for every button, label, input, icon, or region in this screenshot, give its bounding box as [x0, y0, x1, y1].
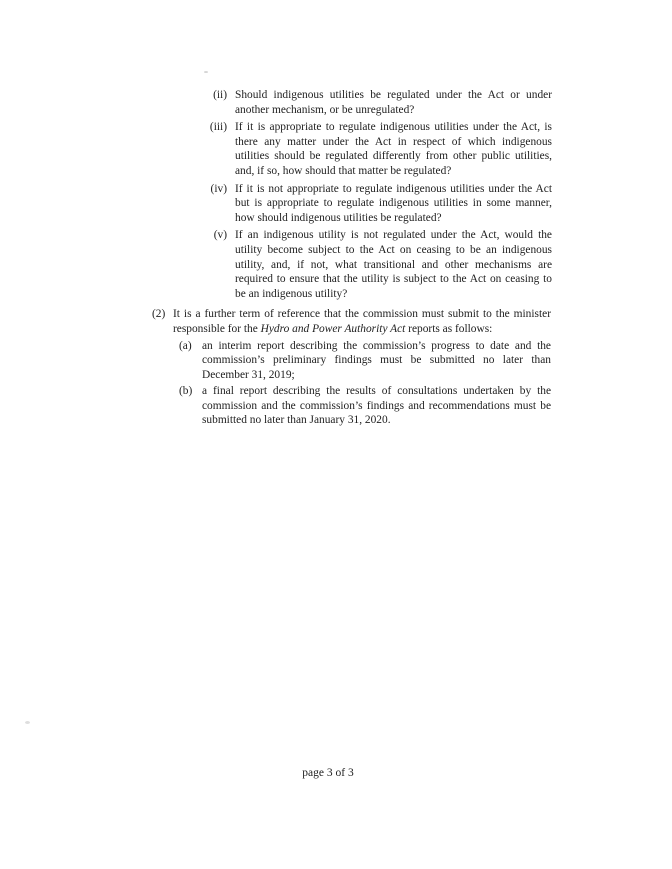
list-item-a: (a) an interim report describing the com… [202, 339, 551, 383]
question-list: (ii) Should indigenous utilities be regu… [0, 88, 552, 301]
list-item-ii: (ii) Should indigenous utilities be regu… [235, 88, 552, 117]
list-item-iii: (iii) If it is appropriate to regulate i… [235, 120, 552, 178]
list-item-a-text: an interim report describing the commiss… [202, 340, 551, 381]
list-item-b-label: (b) [179, 384, 192, 399]
list-item-iv-label: (iv) [187, 182, 227, 197]
scan-speck [25, 721, 30, 724]
page-number: page 3 of 3 [0, 766, 656, 780]
list-item-iv: (iv) If it is not appropriate to regulat… [235, 182, 552, 226]
list-item-v: (v) If an indigenous utility is not regu… [235, 228, 552, 301]
list-item-v-label: (v) [187, 228, 227, 243]
list-item-iii-label: (iii) [187, 120, 227, 135]
page-content: (ii) Should indigenous utilities be regu… [0, 88, 552, 428]
list-item-iv-text: If it is not appropriate to regulate ind… [235, 183, 552, 224]
report-list: (a) an interim report describing the com… [0, 339, 552, 429]
list-item-b: (b) a final report describing the result… [202, 384, 551, 428]
act-title-italic: Hydro and Power Authority Act [261, 323, 406, 335]
list-item-v-text: If an indigenous utility is not regulate… [235, 229, 552, 299]
list-item-ii-label: (ii) [187, 88, 227, 103]
document-page: (ii) Should indigenous utilities be regu… [0, 0, 672, 869]
list-item-b-text: a final report describing the results of… [202, 385, 551, 426]
list-item-ii-text: Should indigenous utilities be regulated… [235, 89, 552, 116]
scan-speck [204, 71, 208, 73]
list-item-iii-text: If it is appropriate to regulate indigen… [235, 121, 552, 177]
list-item-a-label: (a) [179, 339, 192, 354]
subsection-2: (2) It is a further term of reference th… [173, 307, 551, 336]
subsection-2-label: (2) [152, 307, 165, 322]
subsection-2-text-after: reports as follows: [405, 323, 492, 335]
